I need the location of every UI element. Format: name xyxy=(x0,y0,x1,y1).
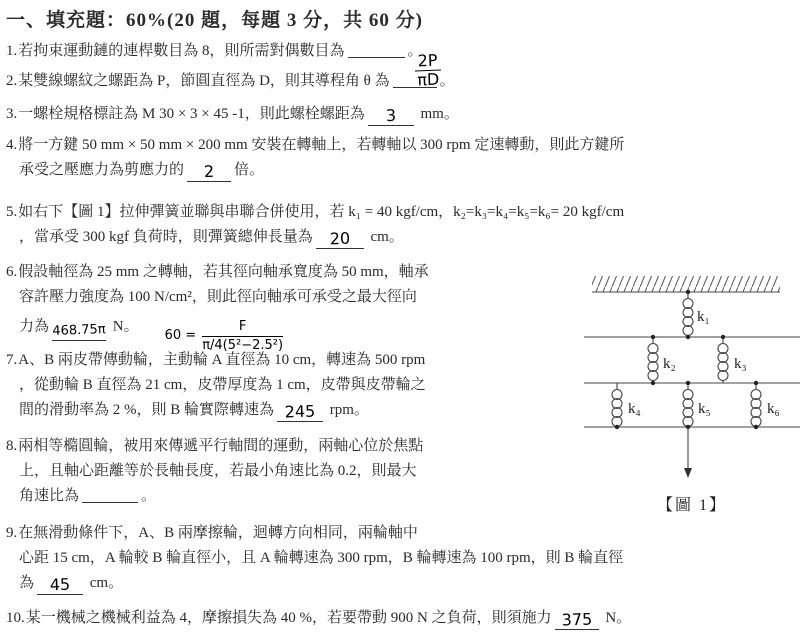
question-line: 3.一螺栓規格標註為 M 30 × 3 × 45 -1，則此螺栓螺距為3 mm。 xyxy=(6,102,801,127)
print-text: 若拘束運動鏈的連桿數目為 8，則所需對偶數目為 xyxy=(18,43,344,59)
print-text: 力為 xyxy=(19,319,49,335)
answer-blank xyxy=(82,484,138,503)
question-line: ，當承受 300 kgf 負荷時，則彈簧總伸長量為20 cm。 xyxy=(6,225,801,250)
print-text: 一螺栓規格標註為 M 30 × 3 × 45 -1，則此螺栓螺距為 xyxy=(18,106,365,122)
print-text: cm。 xyxy=(367,229,404,245)
question-line: 5.如右下【圖 1】拉伸彈簧並聯與串聯合併使用，若 k₁ = 40 kgf/cm… xyxy=(6,200,801,225)
question-number: 4. xyxy=(6,137,18,153)
handwritten-answer: 3 xyxy=(367,106,414,126)
handwritten-answer: 20 xyxy=(315,229,364,249)
question-line: 承受之壓應力為剪應力的2倍。 xyxy=(6,158,801,183)
handwritten-answer: 245 xyxy=(277,402,324,422)
answer-blank: 375 xyxy=(555,611,599,630)
answer-blank: 20 xyxy=(316,230,364,249)
spring-k4 xyxy=(612,383,622,429)
question-number: 2. xyxy=(6,73,18,89)
print-text: 上，且軸心距離等於長軸長度，若最小角速比為 0.2，則最大 xyxy=(19,463,417,479)
print-text: N。 xyxy=(602,610,632,626)
question-number: 8. xyxy=(6,438,18,454)
question-number: 9. xyxy=(6,525,18,541)
figure-1: k₁ k₂ k₃ k₄ k₅ k₆ 【圖 1】 xyxy=(584,270,800,518)
question: 2.某雙線螺紋之螺距為 P，節圓直徑為 D，則其導程角 θ 為2PπD。 xyxy=(6,69,801,94)
question-line: 1.若拘束運動鏈的連桿數目為 8，則所需對偶數目為。 xyxy=(6,39,801,64)
spring-k2 xyxy=(648,337,658,383)
question-line: 心距 15 cm，A 輪較 B 輪直徑小，且 A 輪轉速為 300 rpm，B … xyxy=(6,546,801,571)
formula-numerator: F xyxy=(202,319,283,337)
formula-fraction: Fπ/4(5²−2.5²) xyxy=(202,319,283,353)
question-line: 2.某雙線螺紋之螺距為 P，節圓直徑為 D，則其導程角 θ 為2PπD。 xyxy=(6,69,801,94)
print-text: 。 xyxy=(141,488,156,504)
print-text: cm。 xyxy=(86,575,123,591)
print-text: 如右下【圖 1】拉伸彈簧並聯與串聯合併使用，若 k₁ = 40 kgf/cm，k… xyxy=(18,204,624,220)
print-text: 間的滑動率為 2 %，則 B 輪實際轉速為 xyxy=(19,402,274,418)
handwritten-answer: 468.75π xyxy=(52,321,107,341)
section-title: 一、填充題：60%(20 題，每題 3 分，共 60 分) xyxy=(6,5,801,32)
answer-blank xyxy=(348,39,405,58)
handwritten-formula: 60 =Fπ/4(5²−2.5²) xyxy=(165,319,283,353)
print-text: A、B 兩皮帶傳動輪，主動輪 A 直徑為 10 cm，轉速為 500 rpm xyxy=(18,352,425,368)
formula-lhs: 60 = xyxy=(165,328,197,344)
handwritten-answer: 375 xyxy=(554,610,599,630)
question: 3.一螺栓規格標註為 M 30 × 3 × 45 -1，則此螺栓螺距為3 mm。 xyxy=(6,102,801,127)
spring-k1 xyxy=(683,292,693,338)
print-text: ，從動輪 B 直徑為 21 cm，皮帶厚度為 1 cm，皮帶與皮帶輪之 xyxy=(19,377,426,393)
label-k1: k₁ xyxy=(697,309,710,325)
label-k4: k₄ xyxy=(628,401,641,417)
print-text: rpm。 xyxy=(326,402,369,418)
print-text: 承受之壓應力為剪應力的 xyxy=(19,162,184,178)
question: 4.將一方鍵 50 mm × 50 mm × 200 mm 安裝在轉軸上，若轉軸… xyxy=(6,133,801,183)
print-text: 某一機械之機械利益為 4，摩擦損失為 40 %，若要帶動 900 N 之負荷，則… xyxy=(26,610,552,626)
question-number: 10. xyxy=(6,610,26,626)
exam-page: 一、填充題：60%(20 題，每題 3 分，共 60 分) 1.若拘束運動鏈的連… xyxy=(0,0,801,634)
question-number: 6. xyxy=(6,264,18,280)
handwritten-fraction: 2PπD xyxy=(414,52,441,90)
print-text: ，當承受 300 kgf 負荷時，則彈簧總伸長量為 xyxy=(19,229,313,245)
print-text: 。 xyxy=(440,73,455,89)
handwritten-answer: 2 xyxy=(187,162,232,182)
question: 1.若拘束運動鏈的連桿數目為 8，則所需對偶數目為。 xyxy=(6,39,801,64)
question: 9.在無滑動條件下，A、B 兩摩擦輪，迴轉方向相同，兩輪軸中心距 15 cm，A… xyxy=(6,521,801,596)
label-k3: k₃ xyxy=(734,356,747,372)
print-text: mm。 xyxy=(417,106,459,122)
question-number: 7. xyxy=(6,352,18,368)
figure-caption: 【圖 1】 xyxy=(584,492,800,515)
spring-k6 xyxy=(751,383,761,429)
spring-diagram: k₁ k₂ k₃ k₄ k₅ k₆ xyxy=(584,270,800,488)
print-text: 倍。 xyxy=(234,162,264,178)
print-text: 心距 15 cm，A 輪較 B 輪直徑小，且 A 輪轉速為 300 rpm，B … xyxy=(19,550,623,566)
formula-denominator: π/4(5²−2.5²) xyxy=(202,337,283,354)
spring-k5 xyxy=(683,383,693,429)
question-number: 3. xyxy=(6,106,18,122)
answer-blank: 468.75π xyxy=(52,322,106,341)
answer-blank: 3 xyxy=(368,107,414,126)
ceiling-hatch xyxy=(592,276,780,292)
handwritten-answer: 45 xyxy=(37,575,84,595)
label-k6: k₆ xyxy=(767,401,780,417)
print-text: 容許壓力強度為 100 N/cm²，則此徑向軸承可承受之最大徑向 xyxy=(19,289,417,305)
answer-blank: 2PπD xyxy=(393,69,437,88)
print-text: 某雙線螺紋之螺距為 P，節圓直徑為 D，則其導程角 θ 為 xyxy=(18,73,389,89)
question: 10.某一機械之機械利益為 4，摩擦損失為 40 %，若要帶動 900 N 之負… xyxy=(6,606,801,631)
load-arrow xyxy=(684,427,692,478)
print-text: N。 xyxy=(109,319,139,335)
question: 5.如右下【圖 1】拉伸彈簧並聯與串聯合併使用，若 k₁ = 40 kgf/cm… xyxy=(6,200,801,250)
print-text: 為 xyxy=(19,575,34,591)
question-line: 為45 cm。 xyxy=(6,571,801,596)
label-k5: k₅ xyxy=(698,401,711,417)
print-text: 角速比為 xyxy=(19,488,79,504)
answer-blank: 245 xyxy=(277,403,323,422)
fraction-numerator: 2P xyxy=(414,52,440,72)
label-k2: k₂ xyxy=(663,356,676,372)
question-line: 10.某一機械之機械利益為 4，摩擦損失為 40 %，若要帶動 900 N 之負… xyxy=(6,606,801,631)
answer-blank: 45 xyxy=(37,576,83,595)
print-text: 在無滑動條件下，A、B 兩摩擦輪，迴轉方向相同，兩輪軸中 xyxy=(18,525,418,541)
answer-blank: 2 xyxy=(187,163,231,182)
fraction-denominator: πD xyxy=(415,71,441,90)
print-text: 兩相等橢圓輪，被用來傳遞平行軸間的運動，兩軸心位於焦點 xyxy=(18,438,423,454)
print-text: 假設軸徑為 25 mm 之轉軸，若其徑向軸承寬度為 50 mm，軸承 xyxy=(18,264,428,280)
spring-k3 xyxy=(718,337,728,383)
print-text: 將一方鍵 50 mm × 50 mm × 200 mm 安裝在轉軸上，若轉軸以 … xyxy=(18,137,624,153)
question-number: 1. xyxy=(6,43,18,59)
question-line: 4.將一方鍵 50 mm × 50 mm × 200 mm 安裝在轉軸上，若轉軸… xyxy=(6,133,801,158)
question-line: 9.在無滑動條件下，A、B 兩摩擦輪，迴轉方向相同，兩輪軸中 xyxy=(6,521,801,546)
question-number: 5. xyxy=(6,204,18,220)
